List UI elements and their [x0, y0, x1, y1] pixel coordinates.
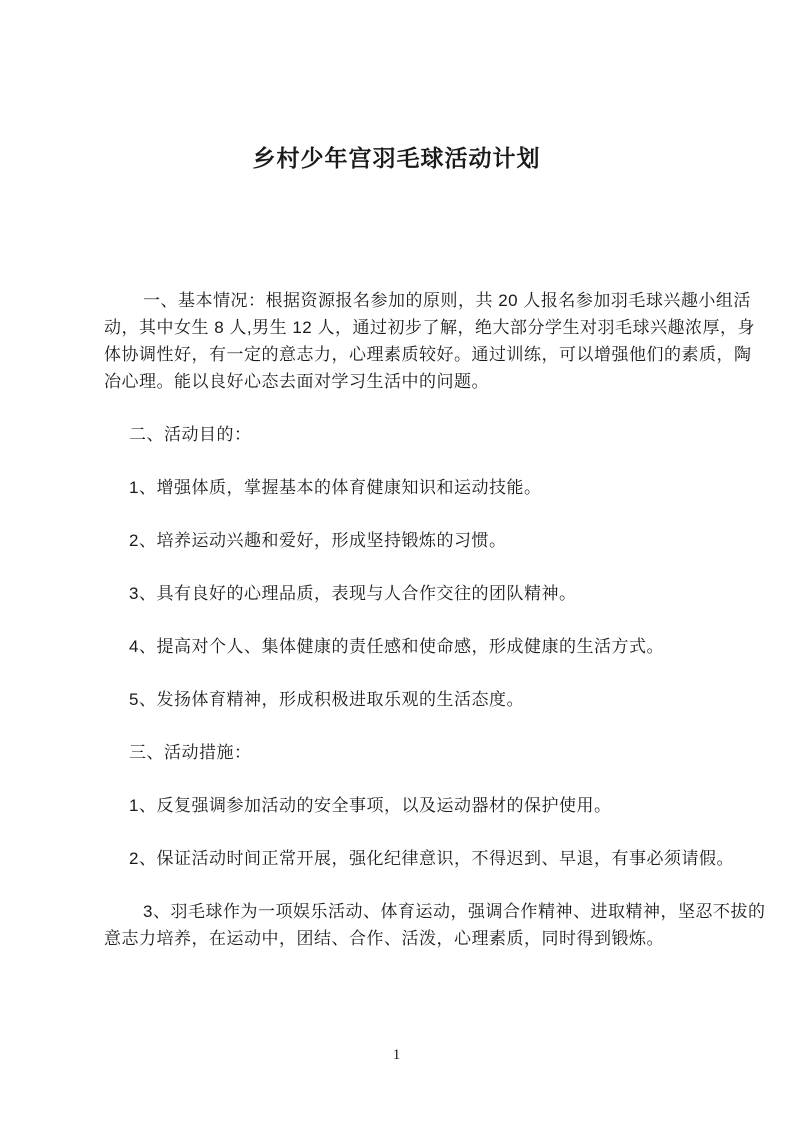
measure-item: 1、反复强调参加活动的安全事项，以及运动器材的保护使用。	[104, 792, 793, 819]
list-item-line: 2、培养运动兴趣和爱好，形成坚持锻炼的习惯。	[104, 527, 793, 554]
list-item-line: 4、提高对个人、集体健康的责任感和使命感，形成健康的生活方式。	[104, 633, 793, 660]
paragraph-line: 体协调性好，有一定的意志力，心理素质较好。通过训练，可以增强他们的素质，陶	[104, 341, 793, 368]
paragraph-line: 冶心理。能以良好心态去面对学习生活中的问题。	[104, 368, 793, 395]
list-item-line: 3、具有良好的心理品质，表现与人合作交往的团队精神。	[104, 580, 793, 607]
measure-item: 2、保证活动时间正常开展，强化纪律意识，不得迟到、早退，有事必须请假。	[104, 845, 793, 872]
paragraph-line: 动，其中女生 8 人,男生 12 人，通过初步了解，绝大部分学生对羽毛球兴趣浓厚…	[104, 314, 793, 341]
document-title: 乡村少年宫羽毛球活动计划	[0, 140, 793, 173]
heading-line: 三、活动措施：	[104, 739, 793, 766]
goal-item: 2、培养运动兴趣和爱好，形成坚持锻炼的习惯。	[104, 527, 793, 554]
heading-line: 二、活动目的：	[104, 421, 793, 448]
measure-item: 3、羽毛球作为一项娱乐活动、体育运动，强调合作精神、进取精神，坚忍不拔的 意志力…	[104, 898, 793, 952]
goal-item: 3、具有良好的心理品质，表现与人合作交往的团队精神。	[104, 580, 793, 607]
paragraph-basic-info: 一、基本情况：根据资源报名参加的原则，共 20 人报名参加羽毛球兴趣小组活 动，…	[104, 287, 793, 395]
list-item-line: 1、增强体质，掌握基本的体育健康知识和运动技能。	[104, 474, 793, 501]
list-item-line: 5、发扬体育精神，形成积极进取乐观的生活态度。	[104, 686, 793, 713]
paragraph-line: 一、基本情况：根据资源报名参加的原则，共 20 人报名参加羽毛球兴趣小组活	[104, 287, 793, 314]
page-number: 1	[0, 1047, 793, 1064]
document-page: 乡村少年宫羽毛球活动计划 一、基本情况：根据资源报名参加的原则，共 20 人报名…	[0, 0, 793, 1122]
section-heading-goals: 二、活动目的：	[104, 421, 793, 448]
document-body: 一、基本情况：根据资源报名参加的原则，共 20 人报名参加羽毛球兴趣小组活 动，…	[104, 287, 793, 978]
section-heading-measures: 三、活动措施：	[104, 739, 793, 766]
goal-item: 5、发扬体育精神，形成积极进取乐观的生活态度。	[104, 686, 793, 713]
goal-item: 4、提高对个人、集体健康的责任感和使命感，形成健康的生活方式。	[104, 633, 793, 660]
paragraph-line: 意志力培养，在运动中，团结、合作、活泼，心理素质，同时得到锻炼。	[104, 925, 793, 952]
paragraph-line: 3、羽毛球作为一项娱乐活动、体育运动，强调合作精神、进取精神，坚忍不拔的	[104, 898, 793, 925]
goal-item: 1、增强体质，掌握基本的体育健康知识和运动技能。	[104, 474, 793, 501]
list-item-line: 2、保证活动时间正常开展，强化纪律意识，不得迟到、早退，有事必须请假。	[104, 845, 793, 872]
list-item-line: 1、反复强调参加活动的安全事项，以及运动器材的保护使用。	[104, 792, 793, 819]
